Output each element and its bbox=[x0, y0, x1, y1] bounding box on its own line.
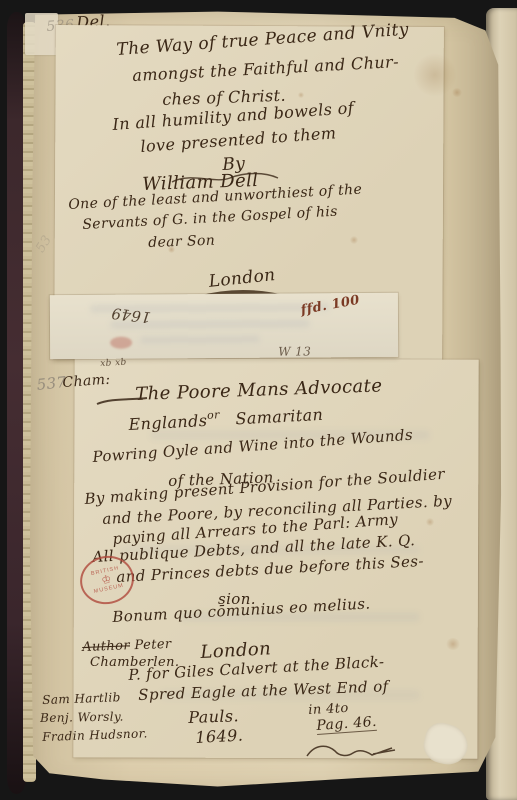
small-ink-marks: xb xb bbox=[100, 359, 127, 369]
t2-imprint-pauls: Pauls. bbox=[188, 708, 239, 726]
ink-terminal-flourish bbox=[305, 742, 397, 760]
strip-red-mark: ffd. 100 bbox=[300, 294, 361, 318]
t2-author-label: Author bbox=[82, 638, 130, 655]
manuscript-photo: 536 Del. 53 The Way of true Peace and Vn… bbox=[0, 0, 517, 800]
show-through-text bbox=[140, 336, 260, 344]
ink-note-cham: Cham: bbox=[62, 373, 111, 390]
t2-year: 1649. bbox=[195, 727, 244, 745]
pasted-strip-overlay: ffd. 100 1649 W 13 bbox=[50, 293, 398, 359]
annotation-name: Sam Hartlib bbox=[42, 691, 121, 706]
t2-format: in 4to bbox=[308, 702, 349, 717]
strip-inverted-year: 1649 bbox=[110, 305, 151, 324]
t2-or: or bbox=[207, 408, 220, 422]
t2-author-first: Peter bbox=[134, 637, 172, 653]
annotation-name: Benj. Worsly. bbox=[40, 711, 124, 724]
red-stamp-fragment bbox=[110, 337, 132, 349]
strip-partial-mark: W 13 bbox=[278, 345, 311, 357]
stamp-text-bottom: MUSEUM bbox=[93, 582, 124, 595]
t1-line: dear Son bbox=[148, 234, 215, 250]
t2-author-line1: Author Peter bbox=[82, 638, 172, 654]
annotation-name: Fradin Hudsnor. bbox=[42, 727, 148, 743]
